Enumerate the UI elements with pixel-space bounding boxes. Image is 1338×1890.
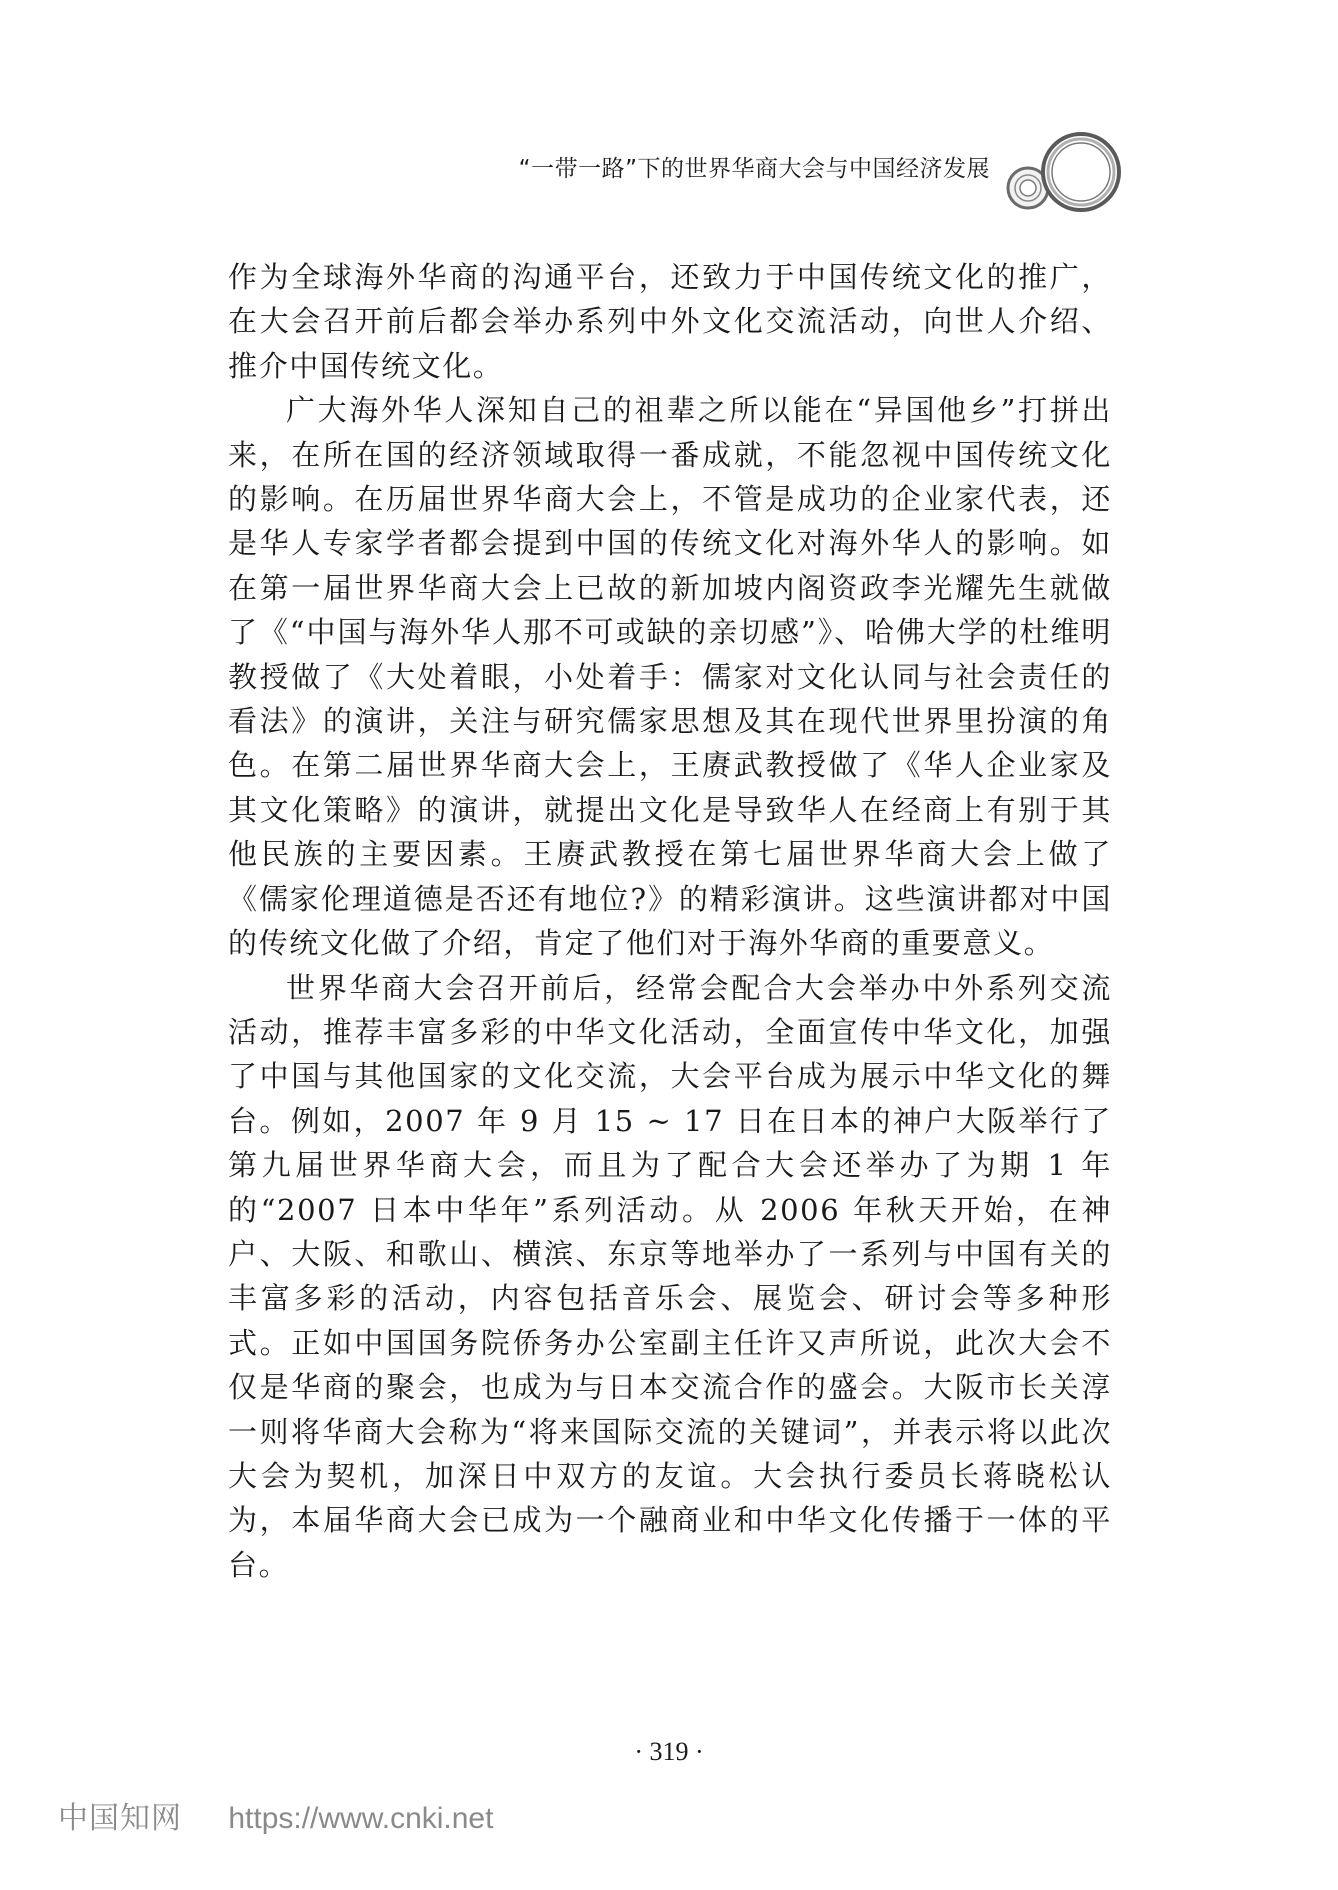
watermark-url: https://www.cnki.net <box>228 1802 493 1835</box>
paragraph-2: 广大海外华人深知自己的祖辈之所以能在“异国他乡”打拼出来，在所在国的经济领域取得… <box>228 388 1112 965</box>
paragraph-1: 作为全球海外华商的沟通平台，还致力于中国传统文化的推广，在大会召开前后都会举办系… <box>228 255 1112 388</box>
double-rings-icon <box>1000 128 1130 218</box>
page-number: · 319 · <box>0 1737 1338 1767</box>
watermark-name: 中国知网 <box>58 1802 182 1835</box>
paragraph-3: 世界华商大会召开前后，经常会配合大会举办中外系列交流活动，推荐丰富多彩的中华文化… <box>228 966 1112 1588</box>
body-text: 作为全球海外华商的沟通平台，还致力于中国传统文化的推广，在大会召开前后都会举办系… <box>228 255 1112 1587</box>
watermark: 中国知网 https://www.cnki.net <box>58 1793 493 1837</box>
running-header-title: “一带一路”下的世界华商大会与中国经济发展 <box>0 150 990 183</box>
